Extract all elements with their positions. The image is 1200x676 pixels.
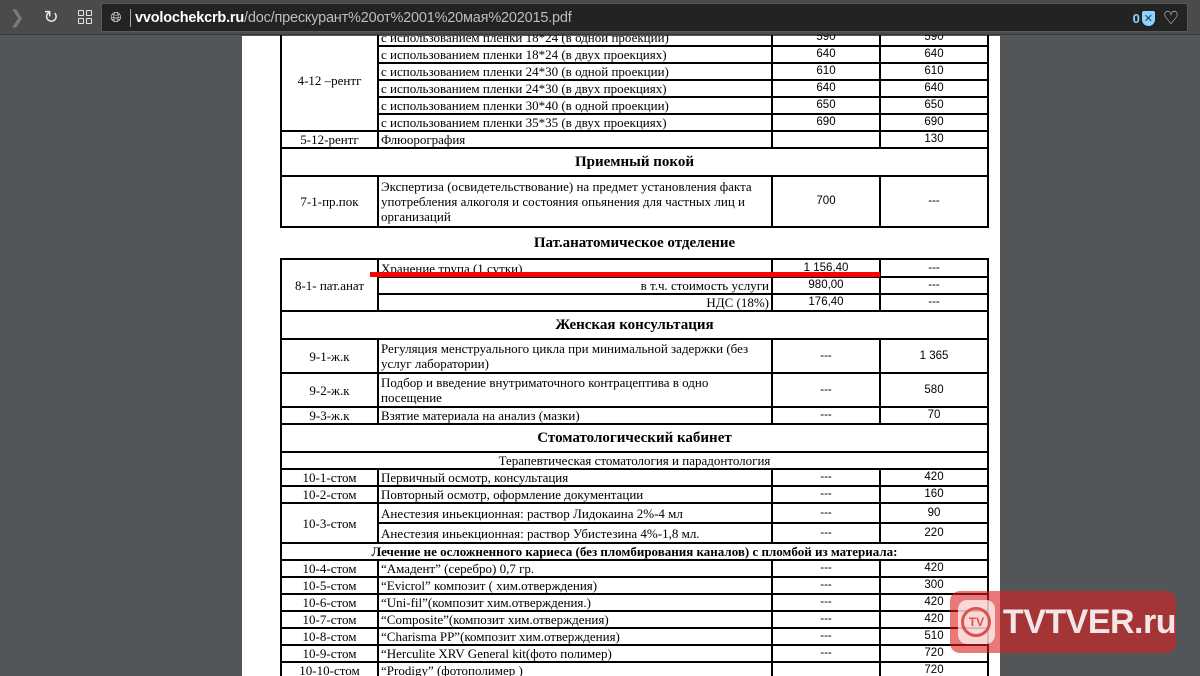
row-desc: Подбор и введение внутриматочного контра… xyxy=(378,373,772,407)
price-2: 70 xyxy=(880,407,988,424)
address-divider xyxy=(130,9,131,27)
section-row: Женская консультация xyxy=(281,311,988,339)
table-row: 10-9-стом “Herculite XRV General kit(фот… xyxy=(281,645,988,662)
row-desc: Анестезия иньекционная: раствор Убистези… xyxy=(378,523,772,543)
grid-icon xyxy=(78,10,92,24)
row-desc: в т.ч. стоимость услуги xyxy=(378,277,772,294)
subsection-title: Лечение не осложненного кариеса (без пло… xyxy=(281,543,988,560)
subsection-row: Терапевтическая стоматология и парадонто… xyxy=(281,452,988,469)
price-1: --- xyxy=(772,645,880,662)
globe-icon: 🌐︎ xyxy=(102,10,130,26)
section-title: Женская консультация xyxy=(281,311,988,339)
price-table-xray: 4-12 –рентг с использованием пленки 18*2… xyxy=(280,28,989,228)
table-row: 10-2-стом Повторный осмотр, оформление д… xyxy=(281,486,988,503)
row-code: 10-6-стом xyxy=(281,594,378,611)
price-1: 700 xyxy=(772,176,880,227)
section-title: Пат.анатомическое отделение xyxy=(280,235,989,252)
price-2: 220 xyxy=(880,523,988,543)
price-2: 130 xyxy=(880,131,988,148)
price-2: 160 xyxy=(880,486,988,503)
table-row: 9-2-ж.к Подбор и введение внутриматочног… xyxy=(281,373,988,407)
table-row: 10-5-стом “Evicrol” композит ( хим.отвер… xyxy=(281,577,988,594)
shield-x-icon[interactable]: ✕ xyxy=(1142,11,1155,26)
price-1: 980,00 xyxy=(772,277,880,294)
row-code: 10-2-стом xyxy=(281,486,378,503)
price-1: --- xyxy=(772,339,880,373)
price-1: 640 xyxy=(772,80,880,97)
table-row: с использованием пленки 30*40 (в одной п… xyxy=(281,97,988,114)
reload-icon: ↻ xyxy=(43,7,58,28)
price-1: --- xyxy=(772,373,880,407)
table-row: с использованием пленки 35*35 (в двух пр… xyxy=(281,114,988,131)
price-1: --- xyxy=(772,503,880,523)
table-row: 10-7-стом “Composite”(композит хим.отвер… xyxy=(281,611,988,628)
table-row: с использованием пленки 24*30 (в двух пр… xyxy=(281,80,988,97)
price-2: 720 xyxy=(880,662,988,676)
price-1: 610 xyxy=(772,63,880,80)
row-desc: “Herculite XRV General kit(фото полимер) xyxy=(378,645,772,662)
section-title: Приемный покой xyxy=(281,148,988,176)
price-2: 650 xyxy=(880,97,988,114)
row-desc: “Prodigy” (фотополимер ) xyxy=(378,662,772,676)
price-2: 90 xyxy=(880,503,988,523)
table-row: 10-1-стом Первичный осмотр, консультация… xyxy=(281,469,988,486)
subsection-row: Лечение не осложненного кариеса (без пло… xyxy=(281,543,988,560)
price-2: 420 xyxy=(880,469,988,486)
row-desc: “Evicrol” композит ( хим.отверждения) xyxy=(378,577,772,594)
table-row: 10-4-стом “Амадент” (серебро) 0,7 гр. --… xyxy=(281,560,988,577)
price-1: --- xyxy=(772,486,880,503)
forward-button[interactable]: ❯ xyxy=(2,2,32,32)
section-title: Стоматологический кабинет xyxy=(281,424,988,452)
url-path: /doc/прескурант%20от%2001%20мая%202015.p… xyxy=(244,10,572,26)
price-2: 640 xyxy=(880,46,988,63)
row-code: 9-2-ж.к xyxy=(281,373,378,407)
row-desc: “Charisma PP”(композит хим.отверждения) xyxy=(378,628,772,645)
row-desc: “Composite”(композит хим.отверждения) xyxy=(378,611,772,628)
address-actions: 0 ✕ ♡ xyxy=(1133,8,1179,29)
price-1: --- xyxy=(772,407,880,424)
section-row: Стоматологический кабинет xyxy=(281,424,988,452)
price-1: 176,40 xyxy=(772,294,880,311)
browser-toolbar: ❯ ↻ 🌐︎ vvolochekcrb.ru/doc/прескурант%20… xyxy=(0,0,1200,35)
row-desc: Повторный осмотр, оформление документаци… xyxy=(378,486,772,503)
price-2: --- xyxy=(880,294,988,311)
table-row: 9-3-ж.к Взятие материала на анализ (мазк… xyxy=(281,407,988,424)
row-desc: НДС (18%) xyxy=(378,294,772,311)
row-code: 10-10-стом xyxy=(281,662,378,676)
table-row: с использованием пленки 18*24 (в двух пр… xyxy=(281,46,988,63)
price-1 xyxy=(772,662,880,676)
price-1: --- xyxy=(772,469,880,486)
price-1: --- xyxy=(772,628,880,645)
price-1: --- xyxy=(772,560,880,577)
watermark-logo-text: TV xyxy=(961,607,991,637)
price-1: 650 xyxy=(772,97,880,114)
row-desc: с использованием пленки 18*24 (в двух пр… xyxy=(378,46,772,63)
price-2: --- xyxy=(880,277,988,294)
row-code: 10-5-стом xyxy=(281,577,378,594)
group-code: 4-12 –рентг xyxy=(281,29,378,131)
row-desc: с использованием пленки 35*35 (в двух пр… xyxy=(378,114,772,131)
row-desc: Флюорография xyxy=(378,131,772,148)
watermark-text: TVTVER.ru xyxy=(1003,603,1176,642)
subsection-title: Терапевтическая стоматология и парадонто… xyxy=(281,452,988,469)
row-desc: “Uni-fil”(композит хим.отверждения.) xyxy=(378,594,772,611)
heart-icon[interactable]: ♡ xyxy=(1163,8,1179,29)
row-code: 9-1-ж.к xyxy=(281,339,378,373)
row-code: 8-1- пат.анат xyxy=(281,259,378,311)
price-2: 1 365 xyxy=(880,339,988,373)
section-row: Приемный покой xyxy=(281,148,988,176)
row-code: 10-8-стом xyxy=(281,628,378,645)
table-row: 9-1-ж.к Регуляция менструального цикла п… xyxy=(281,339,988,373)
price-2: 580 xyxy=(880,373,988,407)
row-desc: Экспертиза (освидетельствование) на пред… xyxy=(378,176,772,227)
price-2: 610 xyxy=(880,63,988,80)
price-1: --- xyxy=(772,577,880,594)
tabs-grid-button[interactable] xyxy=(70,2,100,32)
watermark: TV TVTVER.ru xyxy=(950,591,1176,653)
table-row: НДС (18%) 176,40 --- xyxy=(281,294,988,311)
address-bar[interactable]: 🌐︎ vvolochekcrb.ru/doc/прескурант%20от%2… xyxy=(101,3,1188,32)
table-row: 10-10-стом “Prodigy” (фотополимер ) 720 xyxy=(281,662,988,676)
row-code: 5-12-рентг xyxy=(281,131,378,148)
price-2: 690 xyxy=(880,114,988,131)
row-code: 10-4-стом xyxy=(281,560,378,577)
price-1: 690 xyxy=(772,114,880,131)
price-1: --- xyxy=(772,594,880,611)
row-code: 10-1-стом xyxy=(281,469,378,486)
table-row: с использованием пленки 24*30 (в одной п… xyxy=(281,63,988,80)
table-row: 5-12-рентг Флюорография 130 xyxy=(281,131,988,148)
table-row: 7-1-пр.пок Экспертиза (освидетельствован… xyxy=(281,176,988,227)
price-2: 420 xyxy=(880,560,988,577)
url-host: vvolochekcrb.ru xyxy=(135,10,244,26)
price-2: --- xyxy=(880,176,988,227)
reload-button[interactable]: ↻ xyxy=(36,2,66,32)
table-row: Анестезия иньекционная: раствор Убистези… xyxy=(281,523,988,543)
row-desc: с использованием пленки 24*30 (в двух пр… xyxy=(378,80,772,97)
chevron-right-icon: ❯ xyxy=(9,7,24,28)
row-code: 10-9-стом xyxy=(281,645,378,662)
row-code: 9-3-ж.к xyxy=(281,407,378,424)
price-2: 640 xyxy=(880,80,988,97)
row-code: 10-7-стом xyxy=(281,611,378,628)
price-1: --- xyxy=(772,523,880,543)
price-2: --- xyxy=(880,259,988,277)
pdf-page: 4-12 –рентг с использованием пленки 18*2… xyxy=(242,36,1000,676)
row-desc: Регуляция менструального цикла при миним… xyxy=(378,339,772,373)
tv-logo-icon: TV xyxy=(958,600,995,644)
row-desc: Взятие материала на анализ (мазки) xyxy=(378,407,772,424)
blocked-count: 0 xyxy=(1133,11,1140,26)
row-code: 7-1-пр.пок xyxy=(281,176,378,227)
table-row: 10-8-стом “Charisma PP”(композит хим.отв… xyxy=(281,628,988,645)
row-desc: Первичный осмотр, консультация xyxy=(378,469,772,486)
row-desc: Анестезия иньекционная: раствор Лидокаин… xyxy=(378,503,772,523)
url-text[interactable]: vvolochekcrb.ru/doc/прескурант%20от%2001… xyxy=(135,10,572,26)
row-desc: с использованием пленки 30*40 (в одной п… xyxy=(378,97,772,114)
row-code: 10-3-стом xyxy=(281,503,378,543)
table-row: 10-3-стом Анестезия иньекционная: раство… xyxy=(281,503,988,523)
row-desc: с использованием пленки 24*30 (в одной п… xyxy=(378,63,772,80)
red-highlight-line xyxy=(370,272,880,277)
price-table-main: 8-1- пат.анат Хранение трупа (1 сутки) 1… xyxy=(280,258,989,676)
price-1 xyxy=(772,131,880,148)
price-1: 640 xyxy=(772,46,880,63)
table-row: 10-6-стом “Uni-fil”(композит хим.отвержд… xyxy=(281,594,988,611)
table-row: в т.ч. стоимость услуги 980,00 --- xyxy=(281,277,988,294)
row-desc: “Амадент” (серебро) 0,7 гр. xyxy=(378,560,772,577)
price-1: --- xyxy=(772,611,880,628)
